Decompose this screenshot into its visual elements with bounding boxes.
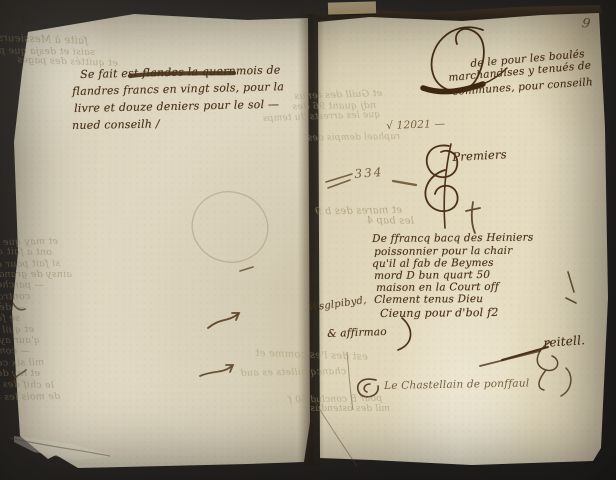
- ledger-amount: √ 12021 —: [386, 118, 445, 132]
- ink-hook-stroke: [198, 360, 236, 380]
- pen-trial-note: reitell.: [543, 333, 586, 350]
- manuscript-line: nued conseilh /: [72, 117, 160, 132]
- bleedthrough-line: q'aur ayant es premiers des: [0, 335, 40, 346]
- bleedthrough-line: raphael dempis des: [307, 132, 400, 144]
- fold-crease-line: [10, 434, 112, 460]
- curl-flourish: [556, 366, 578, 400]
- dash-stroke: [238, 264, 256, 274]
- bleedthrough-line: — débits éventuels à leurs degrés: [0, 302, 24, 313]
- bleedthrough-line: ont a fait que fay plus de mes: [0, 244, 52, 258]
- manuscript-line: mord D bun quart 50: [374, 269, 490, 282]
- bleedthrough-line: mil des ostendus: [310, 404, 390, 414]
- bleedthrough-line: ainsy de grande somme le dud: [0, 269, 72, 280]
- cross-stroke: [466, 200, 482, 236]
- bleedthrough-line: — comme ayant les grands fardeaux: [0, 343, 30, 357]
- corner-mark: ſ,: [22, 13, 28, 22]
- manuscript-line: De ffrancq bacq des Heiniers: [372, 232, 533, 245]
- bleedthrough-loop-flourish: [188, 188, 272, 268]
- bleedthrough-line: chancq billets es aud: [240, 366, 346, 379]
- closing-paren-flourish: [396, 316, 418, 354]
- bleedthrough-line: se fait des toutes Seigneuries: [0, 310, 20, 324]
- bleedthrough-line: le chif des quictances payées: [0, 377, 54, 391]
- section-heading: Premiers: [452, 147, 507, 164]
- repair-tab: [328, 1, 376, 14]
- bleedthrough-line: les bap 4: [366, 215, 414, 227]
- bleedthrough-line: — parchemin et charge la levant: [0, 277, 44, 291]
- manuscript-line: Clement tenus Dieu: [374, 293, 483, 306]
- manuscript-scan: ſ, faite à Messieurs dud segneurs saisi …: [0, 0, 616, 480]
- bleedthrough-line: et luy des sommes des quictances: [0, 368, 40, 379]
- margin-number: 334: [354, 165, 384, 181]
- affirmation-note: & affirmao: [327, 326, 387, 340]
- manuscript-line: Cieung pour d'bol f2: [380, 306, 499, 320]
- manuscript-line: qu'il al fab de Beymes: [372, 257, 494, 270]
- manuscript-line: Le Chastellain de ponffaul: [384, 377, 529, 392]
- margin-arrow-strokes: [326, 168, 356, 192]
- manuscript-line: maison en la Court off: [376, 281, 499, 294]
- margin-tick-stroke: [564, 270, 580, 306]
- ink-hook-stroke: [206, 310, 242, 330]
